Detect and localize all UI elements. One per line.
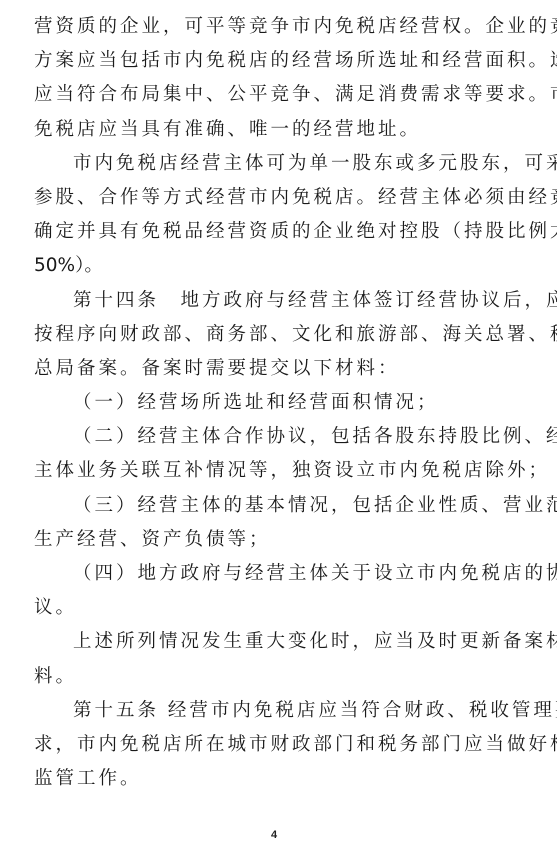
text-line: 监管工作。 [34,762,515,796]
text-line: 50%）。 [34,249,515,283]
text-line: 确定并具有免税品经营资质的企业绝对控股（持股比例大于 [34,215,515,249]
text-line: 主体业务关联互补情况等，独资设立市内免税店除外； [34,454,515,488]
text-line: 参股、合作等方式经营市内免税店。经营主体必须由经竞争 [34,181,515,215]
text-line: 免税店应当具有准确、唯一的经营地址。 [34,113,515,147]
text-line: （一）经营场所选址和经营面积情况； [34,386,515,420]
paragraph-site-selection: 营资质的企业，可平等竞争市内免税店经营权。企业的竞争 方案应当包括市内免税店的经… [34,10,515,147]
text-line: 生产经营、资产负债等； [34,523,515,557]
text-line: 议。 [34,591,515,625]
list-item-1: （一）经营场所选址和经营面积情况； [34,386,515,420]
text-line: 总局备案。备案时需要提交以下材料： [34,352,515,386]
list-item-4: （四）地方政府与经营主体关于设立市内免税店的协 议。 [34,557,515,625]
text-line: 应当符合布局集中、公平竞争、满足消费需求等要求。市内 [34,78,515,112]
document-page: 营资质的企业，可平等竞争市内免税店经营权。企业的竞争 方案应当包括市内免税店的经… [0,0,557,856]
text-line: 市内免税店经营主体可为单一股东或多元股东，可采取 [34,147,515,181]
text-line: 营资质的企业，可平等竞争市内免税店经营权。企业的竞争 [34,10,515,44]
list-item-3: （三）经营主体的基本情况，包括企业性质、营业范围、 生产经营、资产负债等； [34,489,515,557]
page-number: 4 [268,829,280,841]
text-line: （四）地方政府与经营主体关于设立市内免税店的协 [34,557,515,591]
text-line: （二）经营主体合作协议，包括各股东持股比例、经营 [34,420,515,454]
text-line: （三）经营主体的基本情况，包括企业性质、营业范围、 [34,489,515,523]
text-line: 求，市内免税店所在城市财政部门和税务部门应当做好相关 [34,728,515,762]
paragraph-update-filing: 上述所列情况发生重大变化时，应当及时更新备案材 料。 [34,625,515,693]
list-item-2: （二）经营主体合作协议，包括各股东持股比例、经营 主体业务关联互补情况等，独资设… [34,420,515,488]
text-line: 料。 [34,660,515,694]
text-line: 按程序向财政部、商务部、文化和旅游部、海关总署、税务 [34,318,515,352]
article-15: 第十五条 经营市内免税店应当符合财政、税收管理要 求，市内免税店所在城市财政部门… [34,694,515,797]
paragraph-shareholders: 市内免税店经营主体可为单一股东或多元股东，可采取 参股、合作等方式经营市内免税店… [34,147,515,284]
document-body: 营资质的企业，可平等竞争市内免税店经营权。企业的竞争 方案应当包括市内免税店的经… [34,10,515,796]
text-line: 方案应当包括市内免税店的经营场所选址和经营面积。选址 [34,44,515,78]
text-line: 上述所列情况发生重大变化时，应当及时更新备案材 [34,625,515,659]
article-15-heading-line: 第十五条 经营市内免税店应当符合财政、税收管理要 [34,694,515,728]
article-14-heading-line: 第十四条 地方政府与经营主体签订经营协议后，应当 [34,284,515,318]
article-14: 第十四条 地方政府与经营主体签订经营协议后，应当 按程序向财政部、商务部、文化和… [34,284,515,387]
